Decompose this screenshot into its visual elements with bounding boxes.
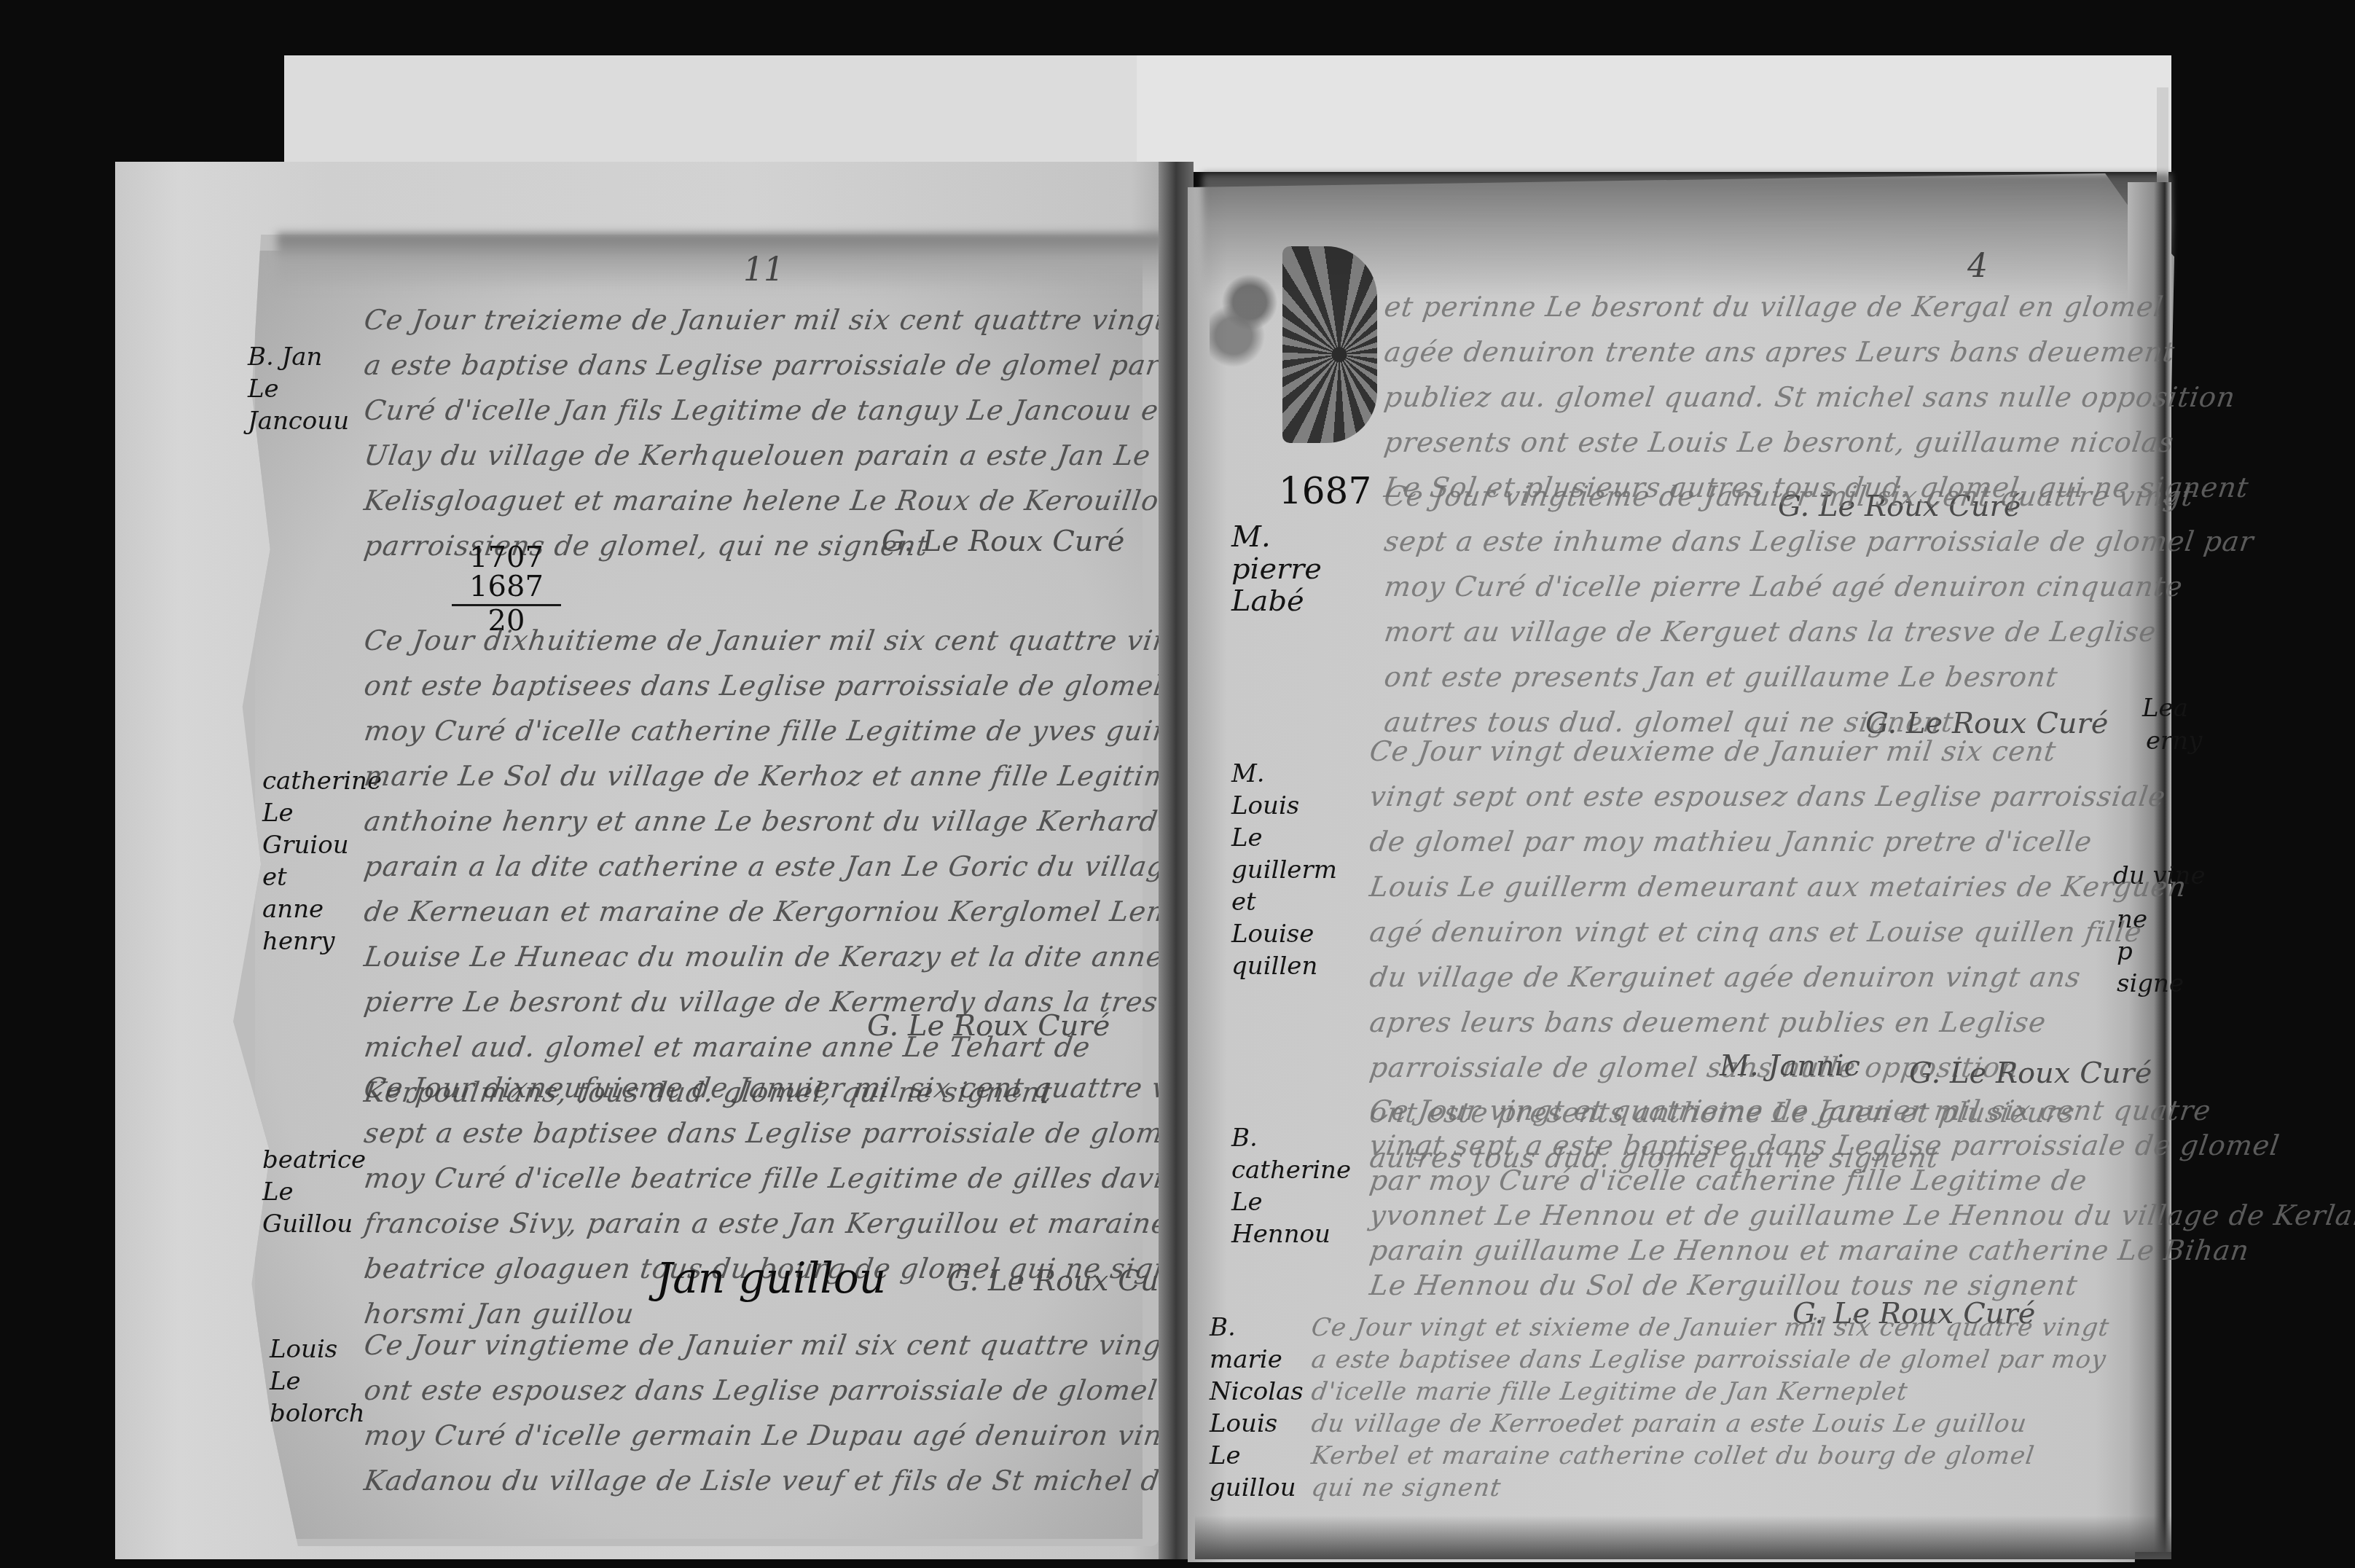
margin-note: B. marie Nicolas Louis Le guillou bbox=[1210, 1312, 1282, 1504]
cure-signature: G. Le Roux Curé bbox=[882, 525, 1124, 558]
margin-note: beatrice Le Guillou bbox=[262, 1144, 342, 1240]
entry-line: sept a este inhume dans Leglise parroiss… bbox=[1382, 519, 2257, 564]
register-entry: Ce Jour treizieme de Januier mil six cen… bbox=[364, 297, 1265, 568]
entry-line: apres leurs bans deuement publies en Leg… bbox=[1367, 1000, 2190, 1045]
register-entry: Ce Jour vingt et quatrieme de Januier mi… bbox=[1370, 1093, 2355, 1303]
entry-line: Ce Jour vingtieme de Januier mil six cen… bbox=[1382, 474, 2257, 519]
cure-signature: G. Le Roux Curé bbox=[867, 1009, 1110, 1043]
entry-line: vingt sept ont este espousez dans Leglis… bbox=[1367, 774, 2190, 819]
year-margin: 1687 bbox=[1279, 470, 1371, 512]
backing-card-right bbox=[1137, 55, 2171, 172]
calc-top: 1707 bbox=[452, 543, 561, 572]
entry-line: Kerbel et maraine catherine collet du bo… bbox=[1309, 1440, 2112, 1472]
margin-note: B. Jan Le Jancouu bbox=[248, 341, 350, 437]
entry-line: sept a este baptisee dans Leglise parroi… bbox=[361, 1110, 1253, 1156]
entry-line: agée denuiron trente ans apres Leurs ban… bbox=[1382, 329, 2252, 375]
margin-note: M. Louis Le guillerm et Louise quillen bbox=[1231, 758, 1319, 982]
entry-line: de Kerneuan et maraine de Kergorniou Ker… bbox=[361, 889, 1281, 934]
entry-line: anthoine henry et anne Le besront du vil… bbox=[361, 799, 1281, 844]
right-folio-mark: 4 bbox=[1967, 248, 1988, 285]
entry-line: michel aud. glomel et maraine anne Le Te… bbox=[361, 1024, 1281, 1070]
witness-signature: M. Jannic bbox=[1720, 1049, 1860, 1083]
entry-line: Kelisgloaguet et maraine helene Le Roux … bbox=[361, 478, 1269, 523]
entry-line: a este baptise dans Leglise parroissiale… bbox=[361, 342, 1269, 388]
cure-signature: G. Le Roux Curé bbox=[1909, 1057, 2152, 1090]
entry-line: publiez au. glomel quand. St michel sans… bbox=[1382, 375, 2252, 420]
cure-signature: G. Le Roux Curé bbox=[947, 1264, 1190, 1298]
entry-line: moy Curé d'icelle catherine fille Legiti… bbox=[361, 708, 1281, 753]
entry-line: et perinne Le besront du village de Kerg… bbox=[1382, 284, 2252, 329]
entry-line: ont este espousez dans Leglise parroissi… bbox=[361, 1368, 1289, 1413]
entry-line: Ce Jour dixneufuieme de Januier mil six … bbox=[361, 1065, 1253, 1110]
entry-line: d'icelle marie fille Legitime de Jan Ker… bbox=[1309, 1376, 2112, 1408]
backing-card-left bbox=[284, 55, 1144, 172]
entry-line: du village de Kerroedet parain a este Lo… bbox=[1309, 1408, 2112, 1440]
backing-card-edge bbox=[2157, 87, 2168, 182]
margin-note: Louis Le bolorch bbox=[270, 1333, 357, 1430]
entry-line: Ce Jour vingt et sixieme de Januier mil … bbox=[1309, 1312, 2112, 1344]
entry-line: presents ont este Louis Le besront, guil… bbox=[1382, 420, 2252, 465]
entry-line: Ce Jour vingt deuxieme de Januier mil si… bbox=[1367, 729, 2190, 774]
register-entry: Ce Jour vingtieme de Januier mil six cen… bbox=[1384, 474, 2254, 745]
entry-line: du village de Kerguinet agée denuiron vi… bbox=[1367, 954, 2190, 1000]
entry-line: francoise Sivy, parain a este Jan Kergui… bbox=[361, 1201, 1253, 1246]
entry-line: vingt sept a este baptisee dans Leglise … bbox=[1368, 1128, 2355, 1163]
entry-line: moy Curé d'icelle beatrice fille Legitim… bbox=[361, 1156, 1253, 1201]
entry-line: par moy Curé d'icelle catherine fille Le… bbox=[1368, 1163, 2355, 1198]
left-page-water-stain bbox=[277, 233, 1166, 291]
entry-line: ont este baptisees dans Leglise parroiss… bbox=[361, 663, 1281, 708]
entry-line: parain a la dite catherine a este Jan Le… bbox=[361, 844, 1281, 889]
entry-line: marie Le Sol du village de Kerhoz et ann… bbox=[361, 753, 1281, 799]
entry-line: Ce Jour vingt et quatrieme de Januier mi… bbox=[1368, 1093, 2355, 1128]
entry-line: mort au village de Kerguet dans la tresv… bbox=[1382, 609, 2257, 654]
entry-line: Ce Jour dixhuitieme de Januier mil six c… bbox=[361, 618, 1281, 663]
entry-line: de glomel par moy mathieu Jannic pretre … bbox=[1367, 819, 2190, 864]
entry-line: Louis Le guillerm demeurant aux metairie… bbox=[1367, 864, 2190, 909]
register-entry: Ce Jour vingt et sixieme de Januier mil … bbox=[1312, 1312, 2109, 1504]
entry-line: Curé d'icelle Jan fils Legitime de tangu… bbox=[361, 388, 1269, 433]
register-entry: Ce Jour vingtieme de Januier mil six cen… bbox=[364, 1322, 1285, 1503]
calc-bottom: 1687 bbox=[452, 572, 561, 601]
entry-line: Kadanou du village de Lisle veuf et fils… bbox=[361, 1458, 1289, 1503]
entry-line: agé denuiron vingt et cinq ans et Louise… bbox=[1367, 909, 2190, 954]
entry-line: ont este presents Jan et guillaume Le be… bbox=[1382, 654, 2257, 699]
entry-line: yvonnet Le Hennou et de guillaume Le Hen… bbox=[1368, 1198, 2355, 1233]
entry-line: Ulay du village de Kerhquelouen parain a… bbox=[361, 433, 1269, 478]
margin-note: catherine Le Gruiou et anne henry bbox=[262, 765, 350, 957]
entry-line: moy Curé d'icelle germain Le Dupau agé d… bbox=[361, 1413, 1289, 1458]
stamp-ornament bbox=[1210, 219, 1290, 386]
entry-line: Louise Le Huneac du moulin de Kerazy et … bbox=[361, 934, 1281, 979]
register-entry: Ce Jour dixhuitieme de Januier mil six c… bbox=[364, 618, 1277, 1115]
left-folio-mark: 11 bbox=[743, 251, 784, 289]
entry-line: pierre Le besront du village de Kermerdy… bbox=[361, 979, 1281, 1024]
margin-note: M. pierre Labé bbox=[1231, 521, 1319, 617]
archive-stamp bbox=[1282, 246, 1377, 443]
entry-line: Ce Jour treizieme de Januier mil six cen… bbox=[361, 297, 1269, 342]
entry-line: a este baptisee dans Leglise parroissial… bbox=[1309, 1344, 2112, 1376]
margin-note: B. catherine Le Hennou bbox=[1231, 1122, 1312, 1250]
witness-signature: Jan guillou bbox=[656, 1253, 886, 1303]
entry-line: qui ne signent bbox=[1309, 1472, 2112, 1504]
entry-line: moy Curé d'icelle pierre Labé agé denuir… bbox=[1382, 564, 2257, 609]
entry-line: Ce Jour vingtieme de Januier mil six cen… bbox=[361, 1322, 1289, 1368]
entry-line: parain guillaume Le Hennou et maraine ca… bbox=[1368, 1233, 2355, 1268]
right-page-bottom-stain bbox=[1195, 1516, 2171, 1559]
